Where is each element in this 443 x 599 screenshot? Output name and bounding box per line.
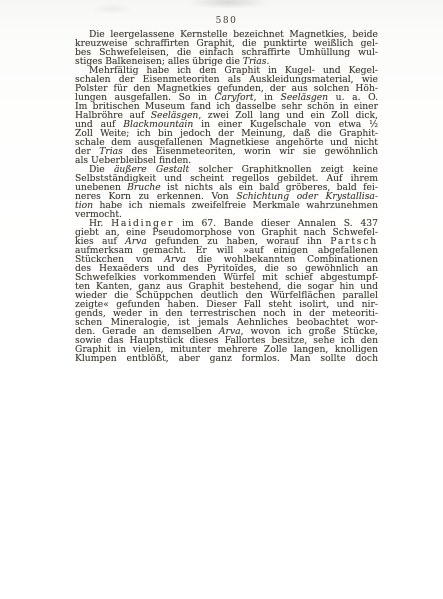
scan-smudge (188, 0, 268, 9)
scan-smudge (92, 4, 132, 14)
text-segment: Klumpen entblößt, aber ganz formlos. Man… (75, 353, 378, 364)
text-block: Die leergelassene Kernstelle bezeichnet … (75, 30, 378, 363)
scanned-book-page: 580 Die leergelassene Kernstelle bezeich… (0, 0, 443, 599)
text-segment: habe ich niemals zweifelfreie Merkmale w… (93, 200, 378, 211)
text-line: Klumpen entblößt, aber ganz formlos. Man… (75, 354, 378, 363)
page-number: 580 (75, 16, 378, 26)
